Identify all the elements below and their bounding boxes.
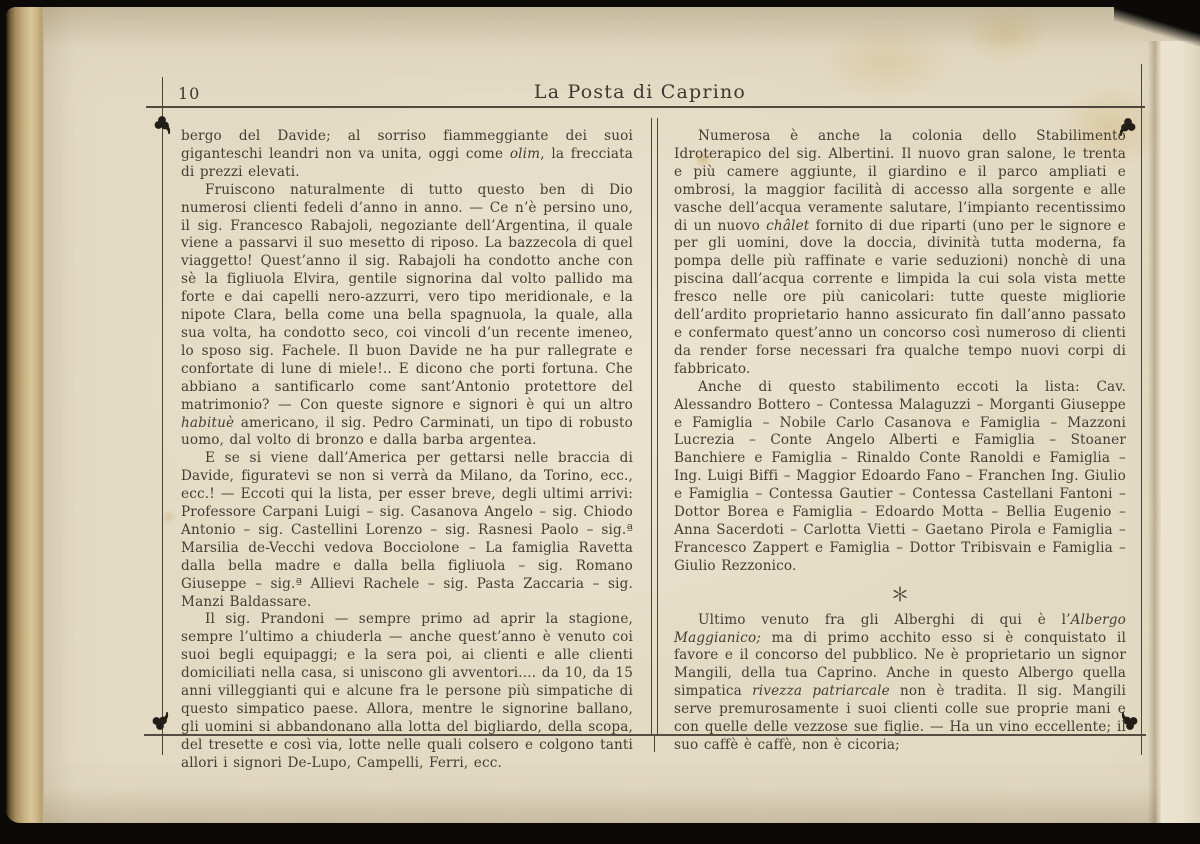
page-right-edge <box>1148 41 1200 823</box>
right-column: Numerosa è anche la colonia dello Stabil… <box>674 128 1126 755</box>
section-divider-icon <box>674 585 1126 603</box>
trefoil-ornament-icon <box>152 711 172 731</box>
left-column: bergo del Davide; al sorriso fiammeggian… <box>181 128 633 773</box>
scanned-page: 10 La Posta di Caprino bergo del Davide;… <box>0 0 1200 844</box>
paragraph: bergo del Davide; al sorriso fiammeggian… <box>181 128 633 182</box>
column-divider-rule <box>657 118 658 735</box>
right-column-bottom: Ultimo venuto fra gli Alberghi di qui è … <box>674 612 1126 755</box>
book-page: 10 La Posta di Caprino bergo del Davide;… <box>6 7 1200 823</box>
paragraph: Numerosa è anche la colonia dello Stabil… <box>674 128 1126 379</box>
paragraph: Anche di questo stabilimento eccoti la l… <box>674 379 1126 576</box>
column-divider-rule <box>651 118 652 735</box>
right-column-top: Numerosa è anche la colonia dello Stabil… <box>674 128 1126 576</box>
header-rule <box>146 106 1145 108</box>
masthead-title: La Posta di Caprino <box>140 81 1140 103</box>
paragraph: Fruiscono naturalmente di tutto questo b… <box>181 182 633 451</box>
column-divider-tick <box>654 736 655 752</box>
scan-corner-shadow <box>1114 7 1200 59</box>
trefoil-ornament-icon <box>154 115 174 135</box>
paragraph: E se si viene dall’America per gettarsi … <box>181 450 633 611</box>
page-stack-edge <box>6 7 44 823</box>
left-border-rule <box>162 77 163 755</box>
paragraph: Ultimo venuto fra gli Alberghi di qui è … <box>674 612 1126 755</box>
right-border-rule <box>1141 64 1142 755</box>
paragraph: Il sig. Prandoni — sempre primo ad aprir… <box>181 611 633 772</box>
